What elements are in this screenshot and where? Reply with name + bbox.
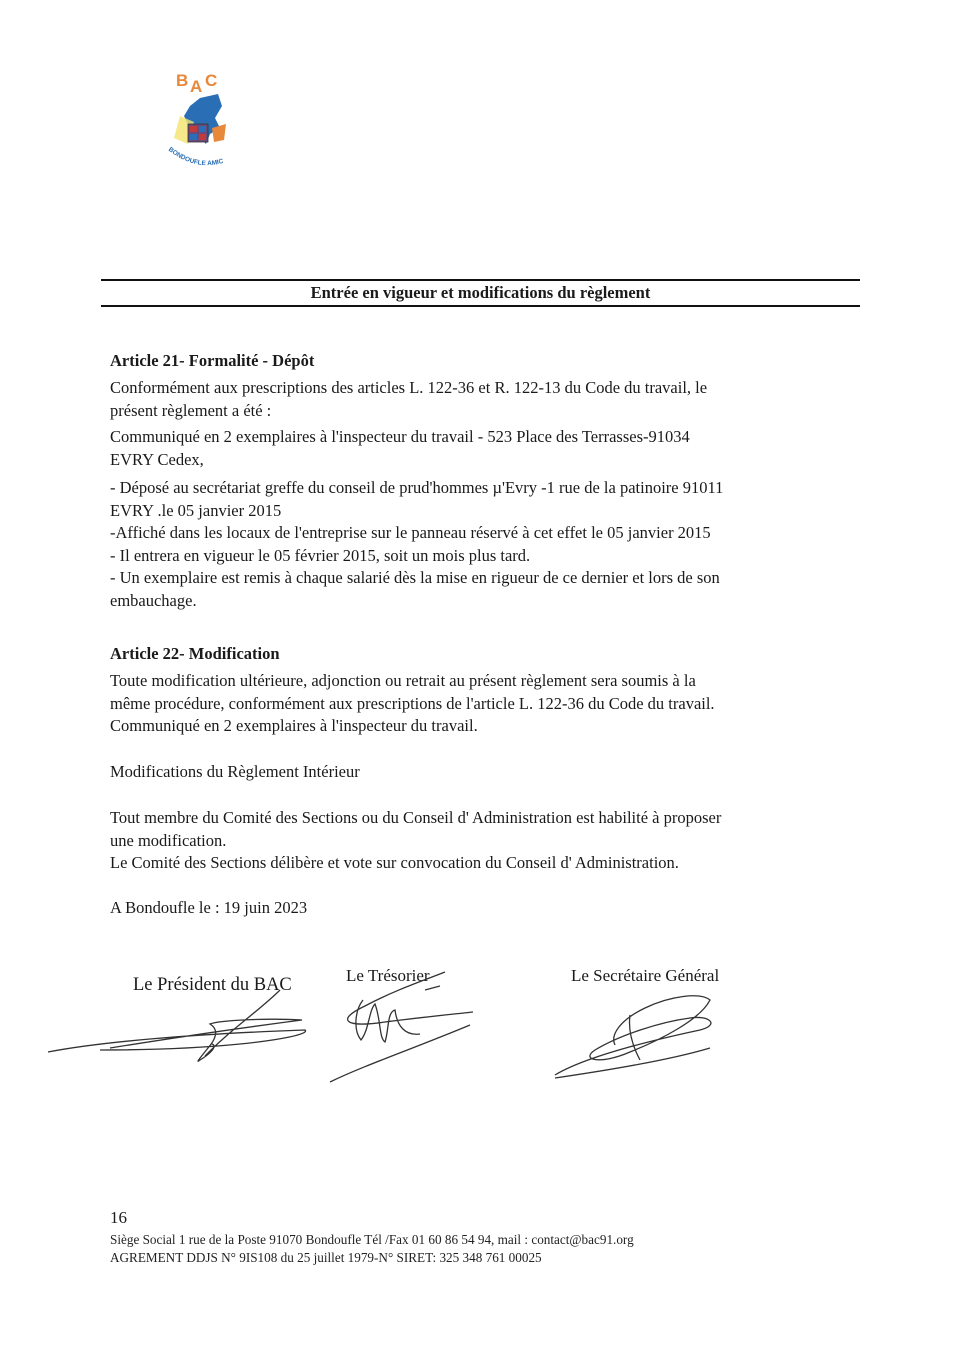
- svg-text:C: C: [205, 71, 217, 90]
- footer-agrement: AGREMENT DDJS N° 9IS108 du 25 juillet 19…: [110, 1250, 542, 1266]
- bac-club-logo-icon: B A C BONDOUFLE AMICAL: [160, 66, 232, 176]
- section-title: Entrée en vigueur et modifications du rè…: [101, 283, 860, 303]
- text-line: Toute modification ultérieure, adjonctio…: [110, 670, 850, 693]
- article-21-intro: Conformément aux prescriptions des artic…: [110, 377, 850, 422]
- footer-address: Siège Social 1 rue de la Poste 91070 Bon…: [110, 1232, 634, 1248]
- modifications-title: Modifications du Règlement Intérieur: [110, 761, 850, 784]
- text-line: même procédure, conformément aux prescri…: [110, 693, 850, 716]
- text-line: une modification.: [110, 830, 850, 853]
- text-line: présent règlement a été :: [110, 400, 850, 423]
- signature-label-secretaire: Le Secrétaire Général: [571, 966, 719, 986]
- list-item: embauchage.: [110, 590, 850, 613]
- text-line: Communiqué en 2 exemplaires à l'inspecte…: [110, 715, 850, 738]
- article-21-heading: Article 21- Formalité - Dépôt: [110, 350, 850, 373]
- list-item: - Un exemplaire est remis à chaque salar…: [110, 567, 850, 590]
- text-line: EVRY Cedex,: [110, 449, 850, 472]
- text-line: Conformément aux prescriptions des artic…: [110, 377, 850, 400]
- title-rule-top: [101, 279, 860, 281]
- svg-text:B: B: [176, 71, 188, 90]
- secretaire-signature-icon: [550, 990, 720, 1085]
- article-21-communique: Communiqué en 2 exemplaires à l'inspecte…: [110, 426, 850, 471]
- list-item: - Déposé au secrétariat greffe du consei…: [110, 477, 850, 500]
- text-line: Tout membre du Comité des Sections ou du…: [110, 807, 850, 830]
- article-22-body: Toute modification ultérieure, adjonctio…: [110, 670, 850, 738]
- text-line: Communiqué en 2 exemplaires à l'inspecte…: [110, 426, 850, 449]
- tresorier-signature-icon: [325, 970, 485, 1085]
- svg-text:A: A: [190, 77, 202, 96]
- list-item: -Affiché dans les locaux de l'entreprise…: [110, 522, 850, 545]
- article-22-heading: Article 22- Modification: [110, 643, 850, 666]
- title-rule-bottom: [101, 305, 860, 307]
- place-date: A Bondoufle le : 19 juin 2023: [110, 897, 850, 920]
- page-number: 16: [110, 1208, 127, 1228]
- text-line: Le Comité des Sections délibère et vote …: [110, 852, 850, 875]
- modifications-body: Tout membre du Comité des Sections ou du…: [110, 807, 850, 875]
- list-item: - Il entrera en vigueur le 05 février 20…: [110, 545, 850, 568]
- article-21-items: - Déposé au secrétariat greffe du consei…: [110, 477, 850, 612]
- president-signature-icon: [40, 990, 330, 1070]
- list-item: EVRY .le 05 janvier 2015: [110, 500, 850, 523]
